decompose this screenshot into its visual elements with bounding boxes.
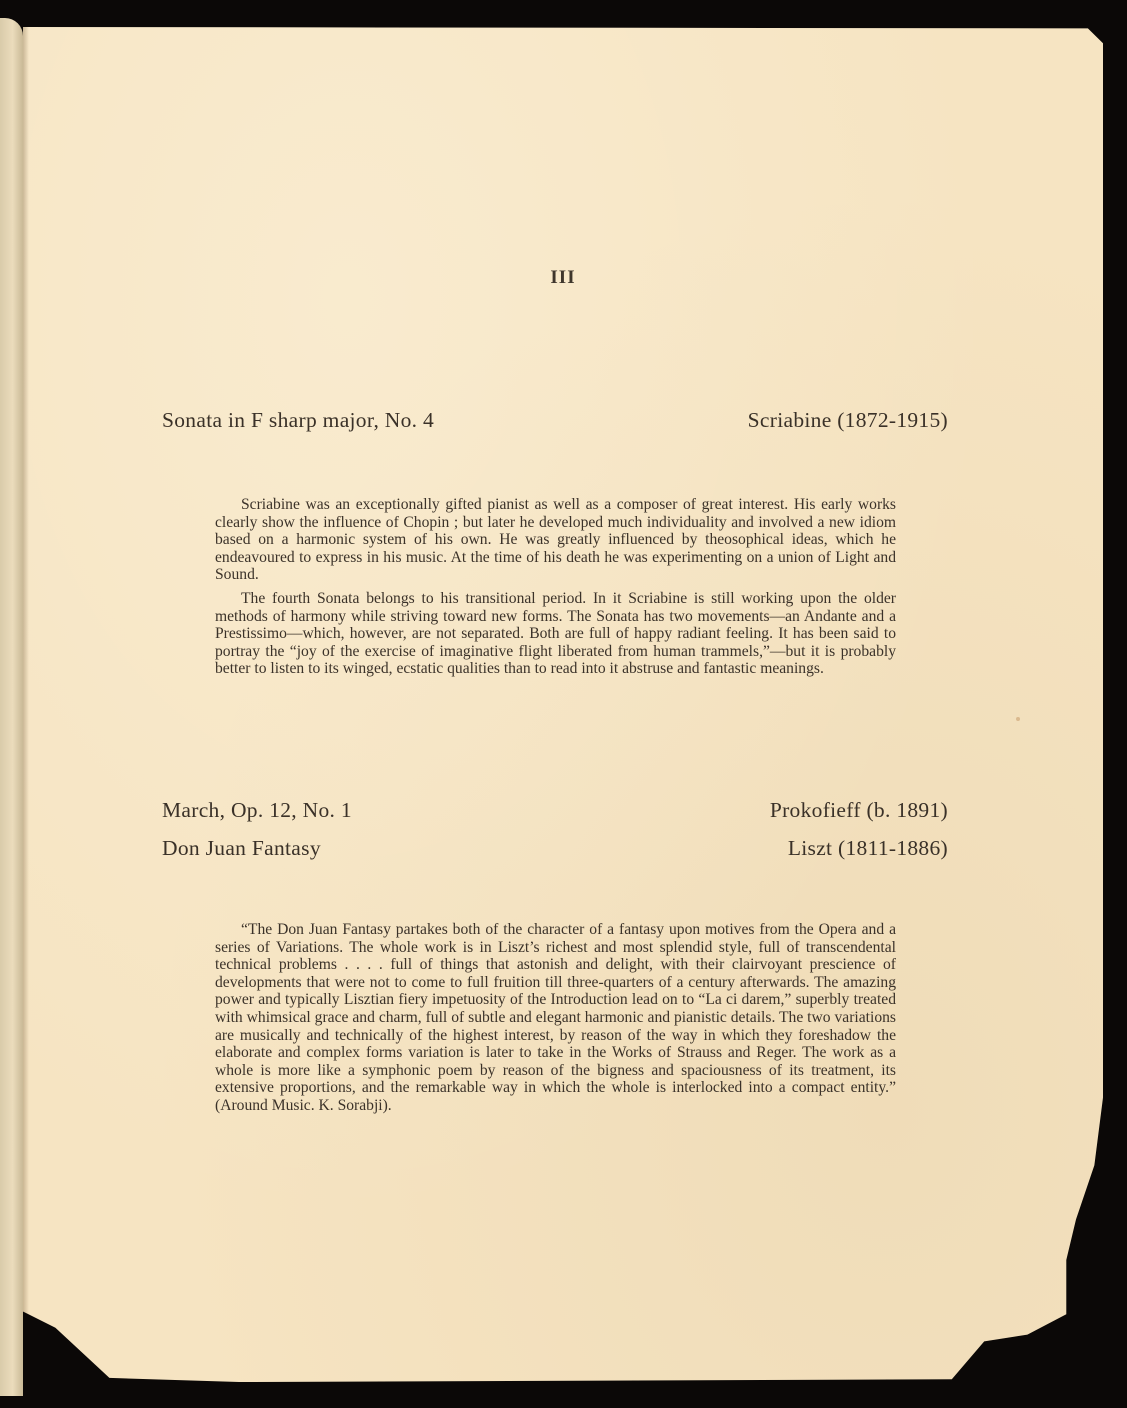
- note-paragraph: “The Don Juan Fantasy partakes both of t…: [215, 921, 896, 1115]
- piece-title: Sonata in F sharp major, No. 4: [162, 408, 434, 433]
- paper-stain: [1016, 717, 1020, 721]
- piece-title: March, Op. 12, No. 1: [162, 798, 352, 823]
- composer-name: Prokofieff (b. 1891): [770, 798, 948, 823]
- page-number: III: [23, 267, 1103, 289]
- gutter-shadow: [23, 27, 29, 1382]
- program-note-scriabine: Scriabine was an exceptionally gifted pi…: [215, 496, 896, 684]
- piece-title: Don Juan Fantasy: [162, 836, 321, 861]
- program-item-liszt-fantasy: Don Juan Fantasy Liszt (1811-1886): [162, 836, 948, 861]
- program-item-prokofieff-march: March, Op. 12, No. 1 Prokofieff (b. 1891…: [162, 798, 948, 823]
- program-item-scriabine-sonata: Sonata in F sharp major, No. 4 Scriabine…: [162, 408, 948, 433]
- document-page: III Sonata in F sharp major, No. 4 Scria…: [23, 27, 1103, 1382]
- note-paragraph: Scriabine was an exceptionally gifted pi…: [215, 496, 896, 584]
- previous-page-edge: [0, 18, 23, 1396]
- program-note-liszt: “The Don Juan Fantasy partakes both of t…: [215, 921, 896, 1121]
- composer-name: Scriabine (1872-1915): [748, 408, 948, 433]
- note-paragraph: The fourth Sonata belongs to his transit…: [215, 590, 896, 678]
- composer-name: Liszt (1811-1886): [788, 836, 948, 861]
